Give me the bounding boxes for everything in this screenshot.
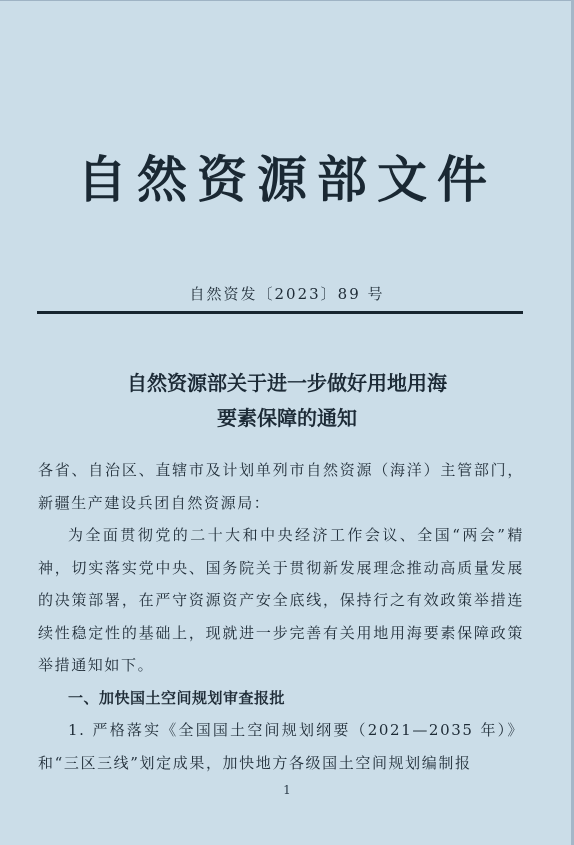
document-body: 各省、自治区、直辖市及计划单列市自然资源（海洋）主管部门，新疆生产建设兵团自然资… (38, 454, 524, 779)
page-number: 1 (0, 783, 574, 797)
recipients: 各省、自治区、直辖市及计划单列市自然资源（海洋）主管部门，新疆生产建设兵团自然资… (38, 454, 524, 519)
page-border-top (0, 0, 574, 1)
title-line-2: 要素保障的通知 (0, 401, 574, 436)
document-title: 自然资源部关于进一步做好用地用海 要素保障的通知 (0, 366, 574, 436)
title-line-1: 自然资源部关于进一步做好用地用海 (0, 366, 574, 401)
item-1-paragraph: 1. 严格落实《全国国土空间规划纲要（2021—2035 年）》和“三区三线”划… (38, 714, 524, 779)
intro-paragraph: 为全面贯彻党的二十大和中央经济工作会议、全国“两会”精神，切实落实党中央、国务院… (38, 519, 524, 682)
document-masthead: 自然资源部文件 (0, 150, 574, 210)
document-number: 自然资发〔2023〕89 号 (0, 283, 574, 304)
masthead-divider (37, 311, 523, 314)
section-heading: 一、加快国土空间规划审查报批 (38, 682, 524, 715)
